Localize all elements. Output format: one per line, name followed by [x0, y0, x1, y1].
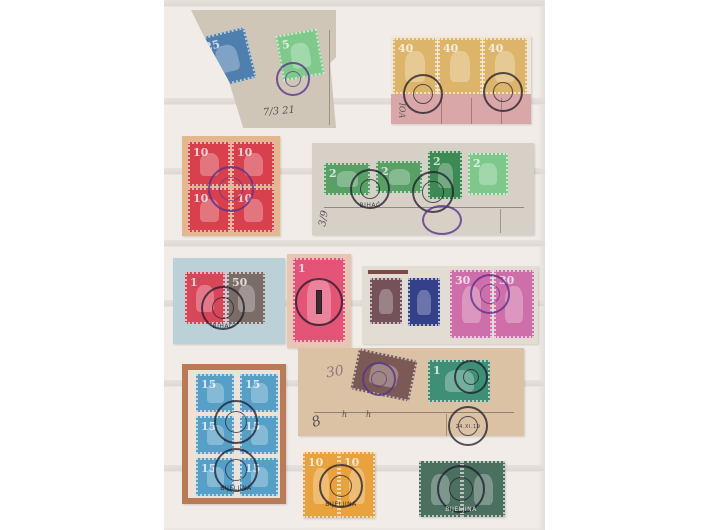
fragment-red-block: 10 10 10 10: [182, 136, 280, 236]
fragment-parcel-card: 1 24.XI.19 30 8 h h: [298, 348, 524, 436]
postmark: [214, 400, 258, 444]
postmark: [403, 74, 443, 114]
postmark: [208, 166, 254, 212]
form-text: IOA: [397, 103, 406, 119]
handwritten-number: 30: [325, 363, 345, 382]
handwritten-date: 7/3 21: [263, 105, 296, 119]
postmark: 24.XI.19: [448, 406, 488, 446]
handwritten-note: 3/9: [317, 210, 331, 228]
stockbook-strip: [164, 0, 545, 7]
fragment-pink-single: 1: [287, 254, 351, 348]
fragment-mixed-four: 30 30: [362, 266, 538, 344]
fragment-king-pair: 1 50 BIHAĆ: [173, 258, 285, 344]
fragment-blue-block: 15 15 15 15 15 15 BIJELJINA: [182, 364, 286, 504]
postmark: [422, 205, 462, 235]
stockbook-strip: [164, 240, 545, 247]
postmark: BIHAĆ: [201, 286, 245, 330]
postmark: BIJELJINA: [319, 464, 363, 508]
postmark: BIJELJINA: [214, 448, 258, 492]
fragment-orange-pair: 10 10 BIJELJINA: [303, 452, 375, 518]
fragment-green-pair: BIJELJINA: [419, 461, 505, 517]
handwritten-number: 8: [310, 413, 324, 431]
postmark: [470, 274, 510, 314]
stamp: [408, 278, 440, 326]
postmark: BIHAĆ: [350, 169, 390, 209]
fragment-ochre-strip: 40 40 40 IOA: [391, 36, 531, 124]
form-label: h: [342, 410, 347, 419]
postmark: BIJELJINA: [437, 465, 485, 513]
postmark: [276, 62, 310, 96]
postmark: [295, 278, 343, 326]
postmark: [483, 72, 523, 112]
postmark: [362, 362, 396, 396]
fragment-green-form: 2 2 2 2 BIHAĆ 3/9: [312, 143, 534, 235]
stamp: [370, 278, 402, 324]
stamp: 40: [438, 38, 482, 94]
stamp: 2: [468, 153, 508, 195]
form-label: h: [366, 410, 371, 419]
postmark: [454, 360, 488, 394]
